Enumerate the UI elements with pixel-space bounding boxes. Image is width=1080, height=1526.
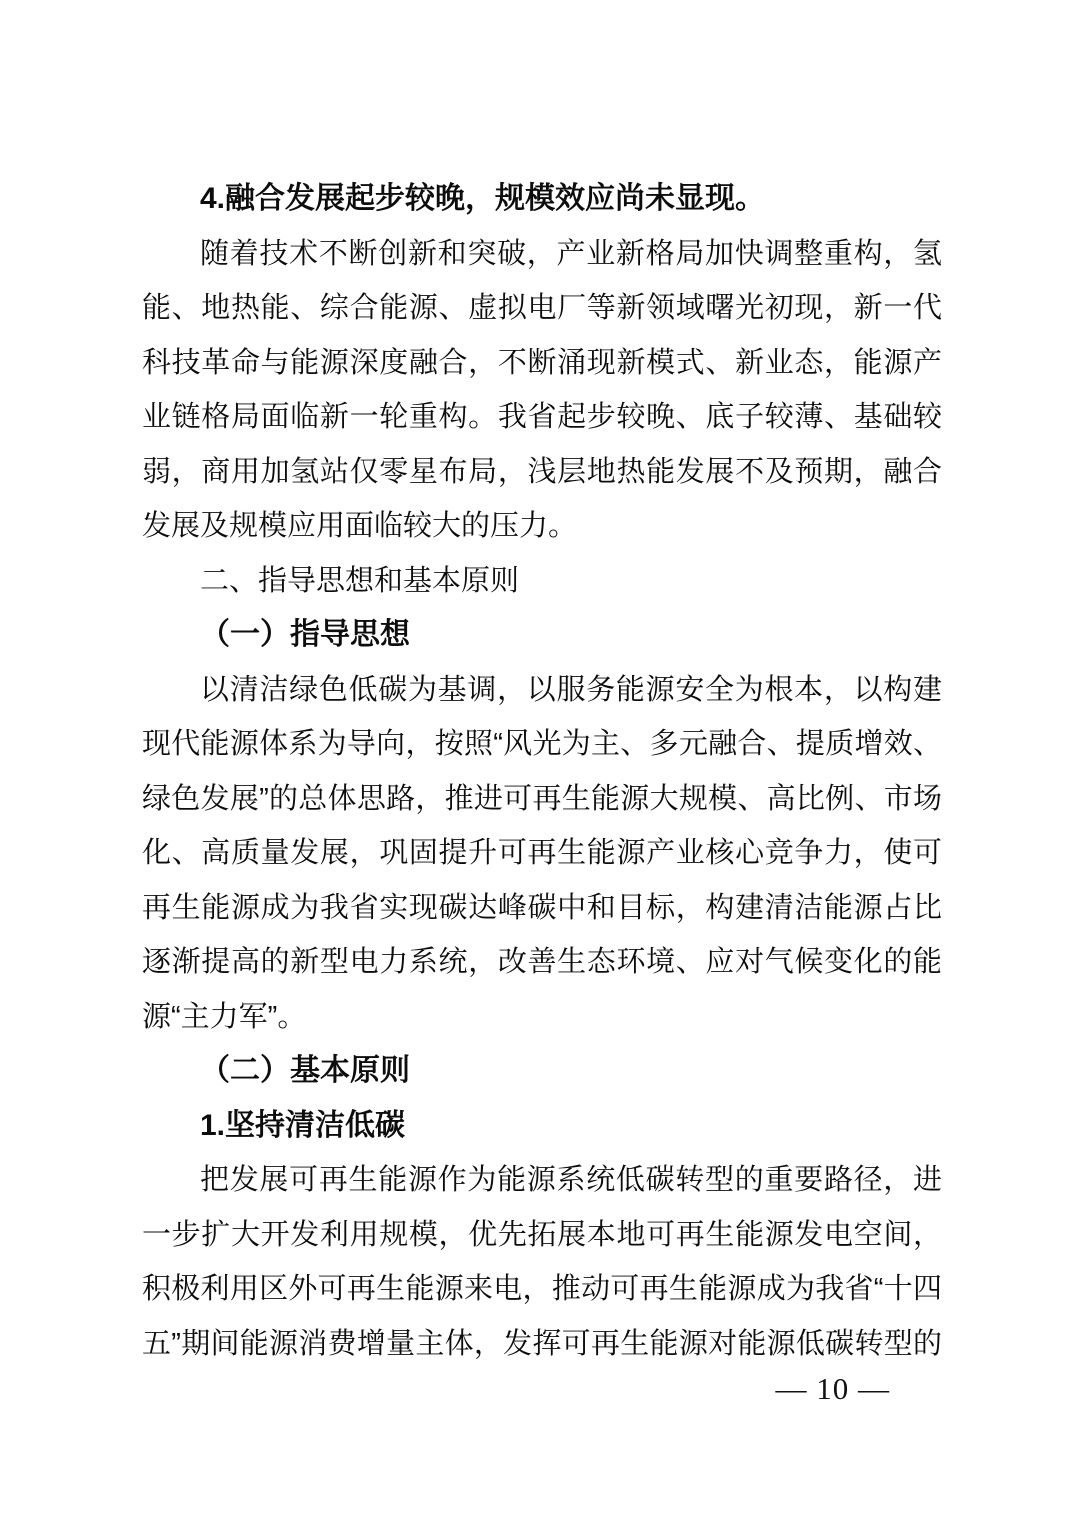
document-content: 4.融合发展起步较晚，规模效应尚未显现。 随着技术不断创新和突破，产业新格局加快…	[142, 172, 942, 1371]
paragraph-1-line-2: 能、地热能、综合能源、虚拟电厂等新领域曙光初现，新一代	[142, 281, 942, 336]
paragraph-1-line-3: 科技革命与能源深度融合，不断涌现新模式、新业态，能源产	[142, 336, 942, 391]
paragraph-2-line-2: 现代能源体系为导向，按照“风光为主、多元融合、提质增效、	[142, 717, 942, 772]
paragraph-3-line-2: 一步扩大开发利用规模，优先拓展本地可再生能源发电空间，	[142, 1208, 942, 1263]
document-page: 4.融合发展起步较晚，规模效应尚未显现。 随着技术不断创新和突破，产业新格局加快…	[0, 0, 1080, 1526]
paragraph-1-line-6: 发展及规模应用面临较大的压力。	[142, 499, 942, 554]
section-2-2-heading: （二）基本原则	[142, 1044, 942, 1099]
principle-1-heading: 1.坚持清洁低碳	[142, 1099, 942, 1154]
paragraph-2-line-1: 以清洁绿色低碳为基调，以服务能源安全为根本，以构建	[142, 663, 942, 718]
section-2-heading: 二、指导思想和基本原则	[142, 554, 942, 609]
paragraph-2-line-6: 逐渐提高的新型电力系统，改善生态环境、应对气候变化的能	[142, 935, 942, 990]
paragraph-1-line-5: 弱，商用加氢站仅零星布局，浅层地热能发展不及预期，融合	[142, 445, 942, 500]
paragraph-3-line-3: 积极利用区外可再生能源来电，推动可再生能源成为我省“十四	[142, 1262, 942, 1317]
paragraph-2-line-4: 化、高质量发展，巩固提升可再生能源产业核心竞争力，使可	[142, 826, 942, 881]
paragraph-3-line-1: 把发展可再生能源作为能源系统低碳转型的重要路径，进	[142, 1153, 942, 1208]
section-4-heading: 4.融合发展起步较晚，规模效应尚未显现。	[142, 172, 942, 227]
paragraph-1-line-4: 业链格局面临新一轮重构。我省起步较晚、底子较薄、基础较	[142, 390, 942, 445]
paragraph-3-line-4: 五”期间能源消费增量主体，发挥可再生能源对能源低碳转型的	[142, 1317, 942, 1372]
section-2-1-heading: （一）指导思想	[142, 608, 942, 663]
paragraph-2-line-3: 绿色发展”的总体思路，推进可再生能源大规模、高比例、市场	[142, 772, 942, 827]
paragraph-2-line-7: 源“主力军”。	[142, 990, 942, 1045]
page-number: — 10 —	[776, 1369, 891, 1409]
paragraph-1-line-1: 随着技术不断创新和突破，产业新格局加快调整重构，氢	[142, 227, 942, 282]
paragraph-2-line-5: 再生能源成为我省实现碳达峰碳中和目标，构建清洁能源占比	[142, 881, 942, 936]
